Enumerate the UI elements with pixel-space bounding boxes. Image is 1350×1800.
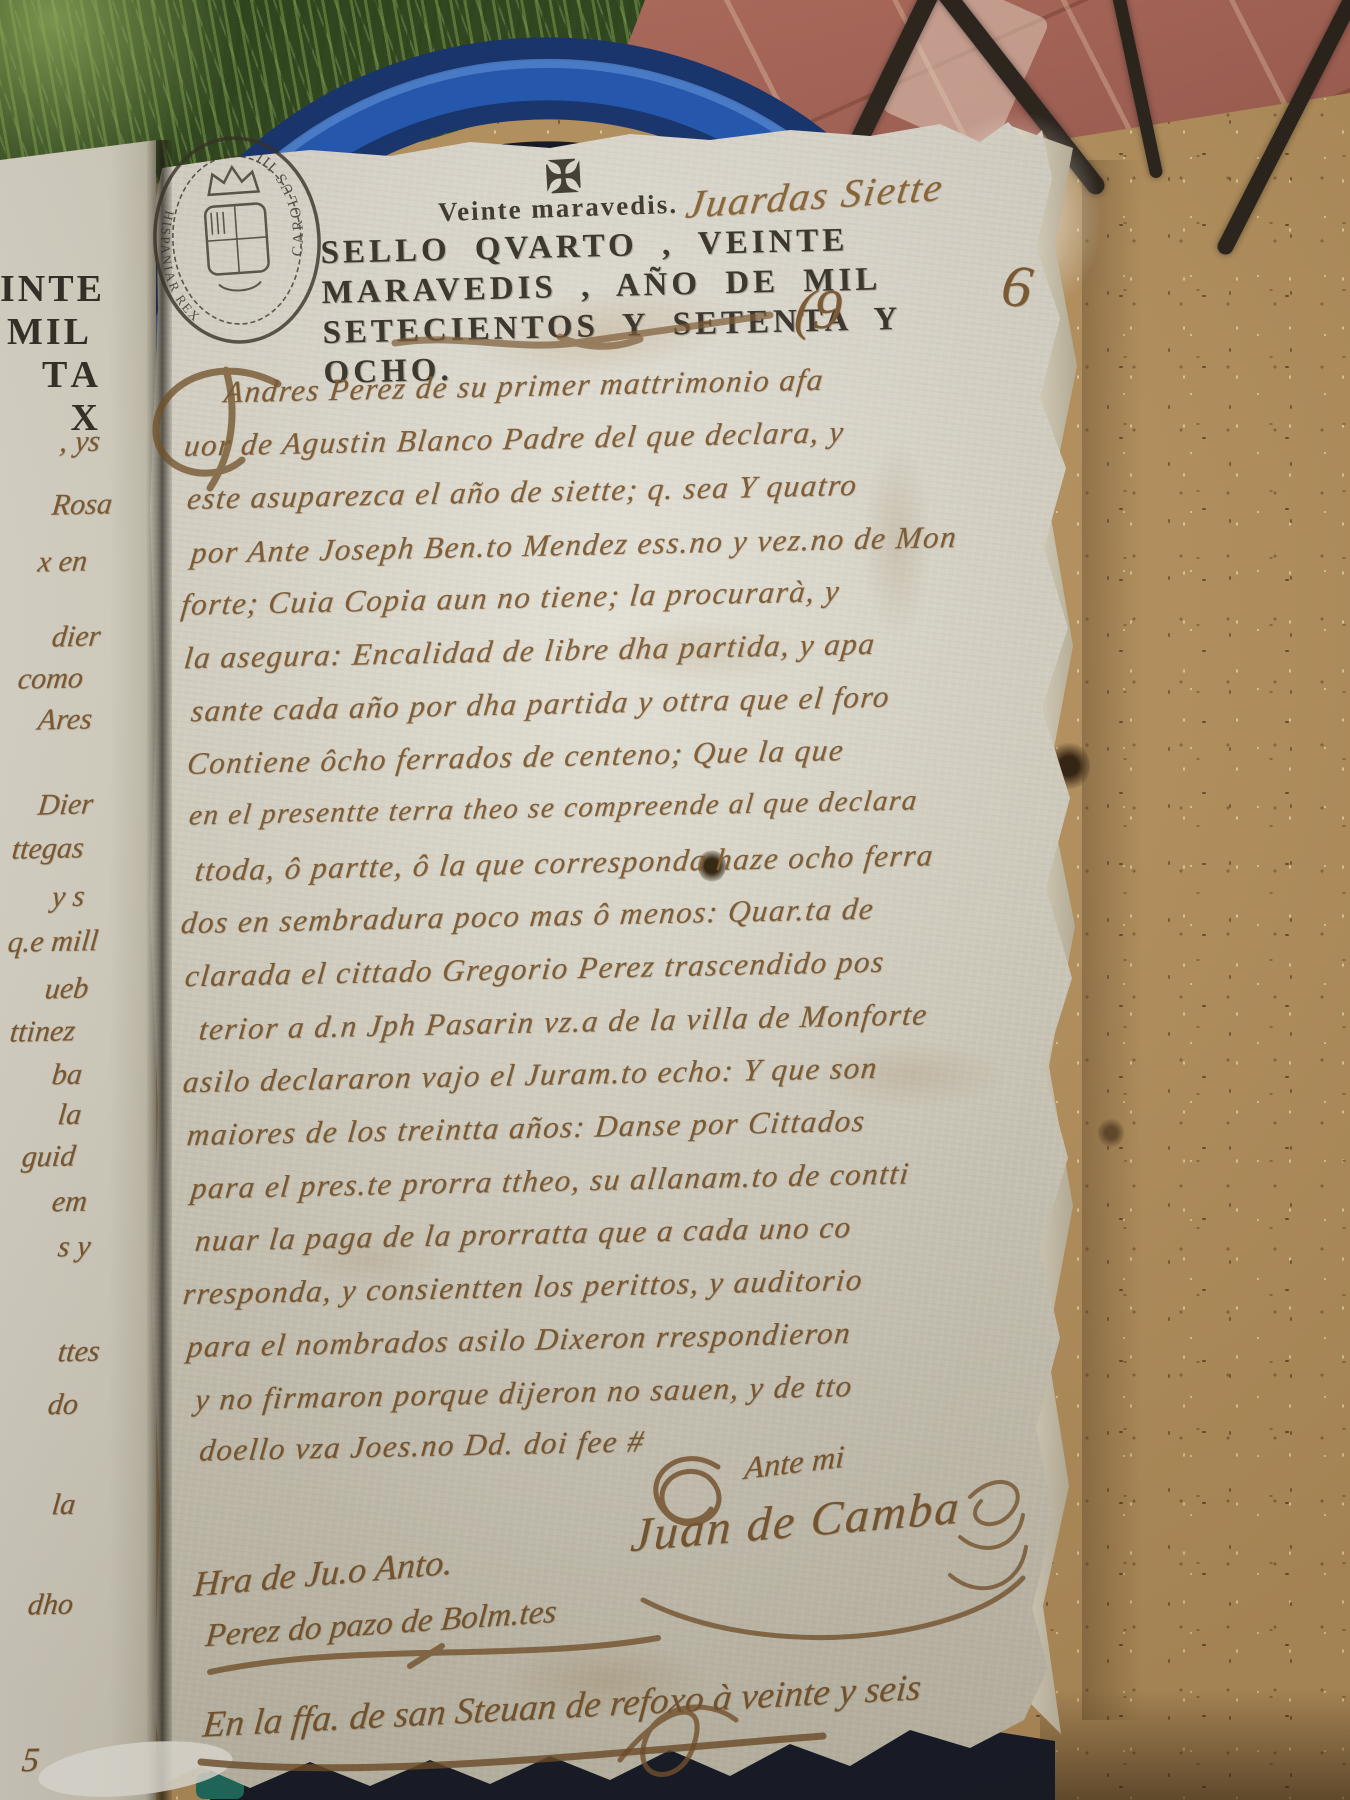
dash-stroke: [395, 315, 770, 346]
margin-fragment: em: [50, 1185, 89, 1220]
page-cast-shadow: [1082, 160, 1142, 1720]
printed-fragment: INTE: [0, 268, 104, 311]
margin-fragment: ttes: [56, 1335, 101, 1370]
margin-fragment: Rosa: [50, 487, 114, 522]
margin-fragment: la: [50, 1488, 77, 1522]
rubric-loops-left: [656, 1459, 719, 1524]
seal-text-carolus: CAROLUS III: [251, 144, 309, 260]
margin-mark: (9: [792, 278, 845, 343]
seal-scroll: [219, 281, 261, 291]
rubric-right-flourish: [950, 1482, 1026, 1588]
margin-fragment: como: [16, 661, 85, 696]
seal-text-left: HISPANIAR REX: [155, 207, 204, 328]
underline-stroke: [201, 1736, 823, 1768]
margin-fragment: Dier: [36, 787, 95, 822]
margin-fragment: q.e mill: [6, 924, 100, 960]
closing-underline-flourish: [195, 1730, 845, 1790]
underline-stroke: [210, 1638, 658, 1672]
ink-dash-flourish: [385, 295, 785, 370]
margin-fragment: do: [46, 1388, 80, 1423]
margin-fragment: y s: [50, 880, 86, 915]
margin-fragment: ttinez: [8, 1014, 77, 1049]
margin-fragment: ttegas: [10, 831, 85, 866]
seal-text-right: CAROLUS III: [251, 144, 309, 260]
margin-fragment: , ys: [58, 425, 102, 460]
left-page-printed-text: INTE MIL TA X: [0, 268, 104, 440]
seal-text-hispaniar: HISPANIAR REX: [155, 207, 204, 328]
margin-fragment: ba: [50, 1058, 84, 1093]
margin-fragment: la: [56, 1098, 83, 1132]
margin-fragment: dho: [26, 1588, 75, 1623]
margin-fragment: Ares: [36, 702, 93, 737]
crown-icon: [207, 165, 259, 194]
margin-fragment: s y: [56, 1230, 92, 1265]
printed-fragment: MIL: [0, 311, 104, 354]
margin-fragment: guid: [20, 1139, 77, 1174]
seal-graphic: CAROLUS III HISPANIAR REX: [143, 127, 333, 354]
margin-fragment: dier: [50, 619, 102, 654]
shield-quarters: [205, 203, 270, 275]
photo-of-manuscript: CAROLUS III HISPANIAR REX ✠ Veinte marav…: [0, 0, 1350, 1800]
royal-seal-stamp: CAROLUS III HISPANIAR REX: [143, 127, 333, 354]
margin-fragment: x en: [36, 544, 89, 579]
margin-fragment: ueb: [43, 972, 90, 1007]
